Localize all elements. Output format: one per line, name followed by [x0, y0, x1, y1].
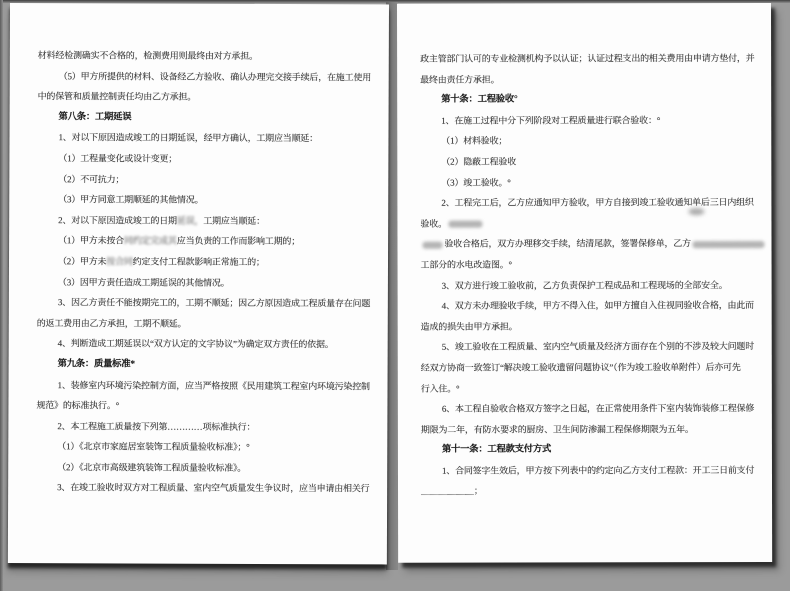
- text-segment: （2）隐蔽工程验收: [441, 157, 516, 167]
- text-segment: （1）工程量变化或设计变更；: [58, 153, 177, 163]
- document-line: 4、判断造成工期延误以“双方认定的文字协议”为确定双方责任的依据。: [37, 333, 368, 355]
- contract-page-right: 政主管部门认可的专业检测机构予以认证；认证过程支出的相关费用由申请方垫付，并最终…: [397, 3, 772, 563]
- text-segment: （1）甲方未按合: [58, 236, 124, 246]
- document-line: 6、本工程自验收合格双方签字之日起，在正常使用条件下室内装饰装修工程保修: [421, 398, 754, 419]
- document-line: （1）工程量变化或设计变更；: [37, 148, 368, 170]
- document-line: 验收。: [420, 213, 753, 234]
- text-segment: 验收合格后，双方办理移交手续，结清尾款，签署保修单，乙方: [444, 239, 690, 250]
- document-line: 造成的损失由甲方承担。: [421, 316, 754, 337]
- scanned-contract-document: 材料经检测确实不合格的，检测费用则最终由对方承担。（5）甲方所提供的材料、设备经…: [0, 0, 790, 591]
- document-line: 验收合格后，双方办理移交手续，结清尾款，签署保修单，乙方: [420, 233, 753, 254]
- document-line: 经双方协商一致签订“解决竣工验收遗留问题协议”（作为竣工验收单附件）后亦可先: [421, 357, 754, 378]
- document-line: 材料经检测确实不合格的，检测费用则最终由对方承担。: [38, 45, 369, 67]
- text-segment: 第八条：工期延误: [59, 112, 132, 122]
- text-segment: 工期应当顺延：: [203, 215, 265, 225]
- document-line: 1、合同签字生效后，甲方按下列表中的约定向乙方支付工程款：开工三日前支付: [421, 460, 754, 481]
- document-line: （2）隐蔽工程验收: [420, 151, 753, 172]
- document-line: （3）因甲方责任造成工期延误的其他情况。: [37, 272, 368, 294]
- text-segment: 造成的损失由甲方承担。: [421, 321, 518, 331]
- document-line: （1）《北京市家庭居室装饰工程质量验收标准》；°: [36, 436, 367, 458]
- document-line: （2）不可抗力；: [37, 169, 368, 191]
- text-segment: （2）不可抗力；: [58, 174, 124, 184]
- text-segment: 延误，: [177, 215, 203, 225]
- document-line: 1、在施工过程中分下列阶段对工程质量进行联合验收：°: [420, 110, 753, 131]
- text-segment: 的返工费用由乙方承担，工期不顺延。: [37, 318, 187, 329]
- document-line: 4、双方未办理验收手续，甲方不得入住，如甲方擅自入住视同验收合格，由此而: [421, 295, 754, 316]
- heading-line: 第十条：工程验收°: [420, 89, 753, 110]
- document-line: 中的保管和质量控制责任均由乙方承担。: [38, 86, 369, 108]
- text-segment: 4、判断造成工期延误以“双方认定的文字协议”为确定双方责任的依据。: [58, 338, 334, 349]
- text-segment: 1、合同签字生效后，甲方按下列表中的约定向乙方支付工程款：开工三日前支付: [442, 465, 754, 476]
- document-line: 规范》的标准执行。°: [36, 395, 367, 417]
- document-line: （3）竣工验收。°: [420, 172, 753, 193]
- text-segment: （5）甲方所提供的材料、设备经乙方验收、确认办理完交接手续后，在施工使用: [59, 71, 371, 82]
- heading-line: 第十一条：工程款支付方式: [421, 439, 754, 460]
- document-line: 最终由责任方承担。: [420, 69, 753, 90]
- document-line: 的返工费用由乙方承担，工期不顺延。: [37, 313, 368, 335]
- text-segment: 2、本工程施工质量按下列第…………项标准执行：: [57, 421, 255, 432]
- document-line: （5）甲方所提供的材料、设备经乙方验收、确认办理完交接手续后，在施工使用: [38, 66, 369, 88]
- text-segment: （2）甲方未: [58, 256, 106, 266]
- text-segment: 政主管部门认可的专业检测机构予以认证；认证过程支出的相关费用由申请方垫付，并: [420, 53, 754, 64]
- smudged-text: [422, 241, 442, 248]
- text-segment: 按合同: [106, 256, 132, 266]
- smudged-text: [693, 241, 765, 248]
- document-line: 3、双方进行竣工验收前，乙方负责保护工程成品和工程现场的全部安全。: [421, 275, 754, 296]
- text-segment: 材料经检测确实不合格的，检测费用则最终由对方承担。: [38, 50, 258, 61]
- text-segment: 第十一条：工程款支付方式: [442, 445, 551, 455]
- contract-page-left: 材料经检测确实不合格的，检测费用则最终由对方承担。（5）甲方所提供的材料、设备经…: [8, 3, 389, 564]
- text-segment: 同约定完成其: [124, 236, 177, 246]
- text-segment: ＿＿＿＿＿＿；: [421, 486, 483, 496]
- scan-edge-left: [0, 0, 3, 591]
- text-segment: 1、装修室内环境污染控制方面，应当严格按照《民用建筑工程室内环境污染控制: [58, 380, 370, 391]
- text-segment: 工部分的水电改造图。°: [421, 259, 512, 269]
- text-segment: 3、双方进行竣工验收前，乙方负责保护工程成品和工程现场的全部安全。: [442, 280, 728, 291]
- text-segment: 2、对以下原因造成竣工的日期: [58, 215, 177, 225]
- document-line: （2）甲方未按合同约定支付工程款影响正常施工的；: [37, 251, 368, 273]
- smudged-text: [449, 221, 483, 228]
- text-segment: 4、双方未办理验收手续，甲方不得入住，如甲方擅自入住视同验收合格，由此而: [442, 300, 754, 311]
- document-line: 1、装修室内环境污染控制方面，应当严格按照《民用建筑工程室内环境污染控制: [36, 375, 367, 397]
- text-segment: （3）因甲方责任造成工期延误的其他情况。: [58, 277, 230, 288]
- document-line: 3、在竣工验收时双方对工程质量、室内空气质量发生争议时，应当申请由相关行: [36, 478, 367, 500]
- text-segment: 3、在竣工验收时双方对工程质量、室内空气质量发生争议时，应当申请由相关行: [57, 483, 369, 494]
- document-line: 3、因乙方责任不能按期完工的，工期不顺延；因乙方原因造成工程质量存在问题: [37, 292, 368, 314]
- text-segment: （1）材料验收；: [441, 136, 507, 146]
- text-segment: 验收。: [420, 218, 446, 228]
- text-segment: 1、在施工过程中分下列阶段对工程质量进行联合验收：°: [441, 115, 660, 125]
- text-segment: 6、本工程自验收合格双方签字之日起，在正常使用条件下室内装饰装修工程保修: [442, 403, 754, 414]
- text-segment: 2、工程完工后，乙方应通知甲方验收，甲方自接到竣工验收通知单后三日内组织: [441, 197, 753, 208]
- document-line: 1、对以下原因造成竣工的日期延误，经甲方确认，工期应当顺延：: [37, 127, 368, 149]
- document-line: 工部分的水电改造图。°: [421, 254, 754, 275]
- text-segment: 规范》的标准执行。°: [36, 400, 119, 410]
- document-line: 政主管部门认可的专业检测机构予以认证；认证过程支出的相关费用由申请方垫付，并: [420, 48, 753, 69]
- document-line: 行入住。°: [421, 378, 754, 399]
- text-segment: （1）《北京市家庭居室装饰工程质量验收标准》；°: [57, 441, 249, 452]
- text-segment: 1、对以下原因造成竣工的日期延误，经甲方确认，工期应当顺延：: [58, 133, 318, 144]
- text-segment: 第九条：质量标准*: [58, 359, 135, 369]
- text-segment: 期限为二年，有防水要求的厨房、卫生间防渗漏工程保修期限为五年。: [421, 424, 694, 435]
- text-segment: 行入住。°: [421, 383, 460, 393]
- text-segment: 应当负责的工作而影响工期的；: [177, 236, 300, 246]
- text-segment: 约定支付工程款影响正常施工的；: [133, 256, 265, 267]
- document-line: （3）甲方同意工期顺延的其他情况。: [37, 189, 368, 211]
- document-line: （1）材料验收；: [420, 130, 753, 151]
- document-line: 2、本工程施工质量按下列第…………项标准执行：: [36, 416, 367, 438]
- heading-line: 第八条：工期延误: [38, 107, 369, 129]
- ink-smudge: [688, 208, 704, 215]
- document-line: 5、竣工验收在工程质量、室内空气质量及经济方面存在个别的不涉及较大问题时: [421, 336, 754, 357]
- page-left-text-block: 材料经检测确实不合格的，检测费用则最终由对方承担。（5）甲方所提供的材料、设备经…: [36, 45, 369, 499]
- document-line: （1）甲方未按合同约定完成其应当负责的工作而影响工期的；: [37, 230, 368, 252]
- document-line: 2、对以下原因造成竣工的日期延误，工期应当顺延：: [37, 210, 368, 232]
- text-segment: 最终由责任方承担。: [420, 74, 499, 84]
- document-line: （2）《北京市高级建筑装饰工程质量验收标准》。: [36, 457, 367, 479]
- document-line: ＿＿＿＿＿＿；: [421, 481, 754, 502]
- text-segment: 5、竣工验收在工程质量、室内空气质量及经济方面存在个别的不涉及较大问题时: [442, 341, 754, 352]
- text-segment: （3）甲方同意工期顺延的其他情况。: [58, 194, 203, 205]
- heading-line: 第九条：质量标准*: [37, 354, 368, 376]
- text-segment: （3）竣工验收。°: [441, 177, 510, 187]
- text-segment: 第十条：工程验收°: [441, 95, 517, 105]
- page-right-text-block: 政主管部门认可的专业检测机构予以认证；认证过程支出的相关费用由申请方垫付，并最终…: [420, 48, 754, 502]
- document-line: 期限为二年，有防水要求的厨房、卫生间防渗漏工程保修期限为五年。: [421, 419, 754, 440]
- text-segment: 3、因乙方责任不能按期完工的，工期不顺延；因乙方原因造成工程质量存在问题: [58, 297, 370, 308]
- text-segment: 经双方协商一致签订“解决竣工验收遗留问题协议”（作为竣工验收单附件）后亦可先: [421, 362, 741, 373]
- text-segment: （2）《北京市高级建筑装饰工程质量验收标准》。: [57, 462, 246, 473]
- text-segment: 中的保管和质量控制责任均由乙方承担。: [38, 91, 196, 102]
